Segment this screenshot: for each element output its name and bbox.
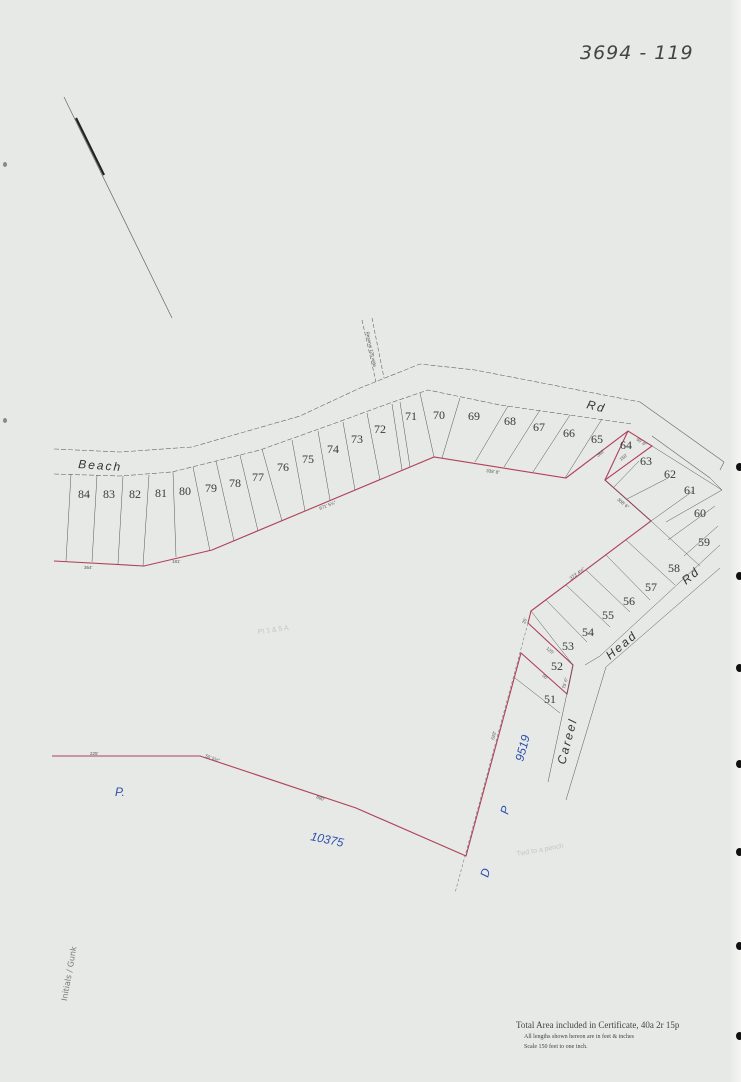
svg-text:308' 6": 308' 6" [616, 497, 630, 510]
total-area: Total Area included in Certificate, 40a … [516, 1020, 679, 1030]
beach-road-lines [54, 364, 640, 476]
beach-rd-suffix-label: Rd [585, 397, 607, 415]
svg-text:76: 76 [277, 460, 289, 474]
binding-hole [736, 463, 741, 471]
svg-text:78: 78 [229, 476, 241, 490]
svg-text:25': 25' [521, 617, 528, 624]
svg-text:150': 150' [619, 453, 629, 462]
pencil-note-2: Twd to a pench [516, 843, 564, 858]
scale-note: Scale 150 feet to one inch. [524, 1044, 679, 1050]
svg-text:63: 63 [640, 454, 652, 468]
svg-text:61: 61 [684, 483, 696, 497]
svg-text:75: 75 [302, 452, 314, 466]
binding-hole [736, 572, 741, 580]
punch-mark [3, 418, 7, 423]
dp-label-p2: P [497, 804, 513, 815]
svg-text:74: 74 [327, 442, 339, 456]
dp-number-9519: 9519 [512, 733, 533, 763]
svg-text:50': 50' [541, 673, 549, 681]
binding-hole [736, 760, 741, 768]
head-road-label: Head [603, 628, 640, 662]
svg-text:55' 5½": 55' 5½" [205, 752, 221, 763]
survey-plan-sheet: 3694 - 119 [0, 0, 741, 1082]
svg-text:57: 57 [645, 580, 657, 594]
svg-text:53: 53 [562, 639, 574, 653]
plan-drawing: 84 83 82 81 80 79 78 77 76 75 74 73 72 7… [0, 0, 741, 1082]
svg-text:54: 54 [582, 625, 594, 639]
svg-text:66: 66 [563, 426, 575, 440]
svg-text:56: 56 [623, 594, 635, 608]
svg-text:80: 80 [179, 484, 191, 498]
svg-text:68: 68 [504, 414, 516, 428]
svg-text:70: 70 [433, 408, 445, 422]
north-arrow-icon [64, 97, 172, 318]
svg-text:628': 628' [490, 731, 497, 741]
svg-text:181': 181' [172, 559, 181, 564]
binding-hole [736, 1032, 741, 1040]
certificate-footer: Total Area included in Certificate, 40a … [516, 1020, 679, 1050]
svg-text:83: 83 [103, 487, 115, 501]
dp-label-p: P. [115, 785, 125, 799]
svg-text:75' 6": 75' 6" [561, 677, 569, 690]
svg-text:81: 81 [155, 486, 167, 500]
svg-text:51: 51 [544, 692, 556, 706]
svg-text:77: 77 [252, 470, 264, 484]
binding-hole [736, 848, 741, 856]
binding-hole [736, 942, 741, 950]
head-rd-suffix-label: Rd [679, 564, 703, 587]
svg-text:73: 73 [351, 432, 363, 446]
road-east-lines [640, 402, 724, 478]
careel-label: Careel [554, 716, 580, 765]
svg-text:71: 71 [405, 409, 417, 423]
svg-text:52: 52 [551, 659, 563, 673]
lot-divisions-north [66, 393, 602, 566]
svg-text:84: 84 [78, 487, 90, 501]
dp-label-d: D [477, 866, 493, 878]
svg-text:58: 58 [668, 561, 680, 575]
svg-text:67: 67 [533, 420, 545, 434]
punch-mark [3, 162, 7, 167]
pencil-note-1: Pt 1 & 5 A [257, 625, 289, 636]
svg-text:65: 65 [591, 432, 603, 446]
svg-text:82: 82 [129, 487, 141, 501]
svg-text:55: 55 [602, 608, 614, 622]
svg-text:50' 6": 50' 6" [635, 437, 647, 448]
binding-hole [736, 664, 741, 672]
svg-text:79: 79 [205, 481, 217, 495]
svg-text:72: 72 [374, 422, 386, 436]
lot-numbers: 84 83 82 81 80 79 78 77 76 75 74 73 72 7… [78, 408, 710, 706]
svg-text:225': 225' [90, 751, 99, 756]
svg-text:373' 4½": 373' 4½" [568, 565, 586, 581]
svg-text:62: 62 [664, 467, 676, 481]
beach-road-label: Beach [78, 457, 123, 474]
svg-text:364': 364' [84, 565, 93, 570]
lengths-note: All lengths shown hereon are in feet & i… [524, 1034, 679, 1040]
svg-text:880': 880' [316, 794, 326, 802]
svg-text:338' 8": 338' 8" [486, 468, 501, 475]
svg-text:60: 60 [694, 506, 706, 520]
svg-text:64: 64 [620, 438, 632, 452]
dp-number-10375: 10375 [309, 829, 345, 850]
svg-text:69: 69 [468, 409, 480, 423]
svg-text:59: 59 [698, 535, 710, 549]
